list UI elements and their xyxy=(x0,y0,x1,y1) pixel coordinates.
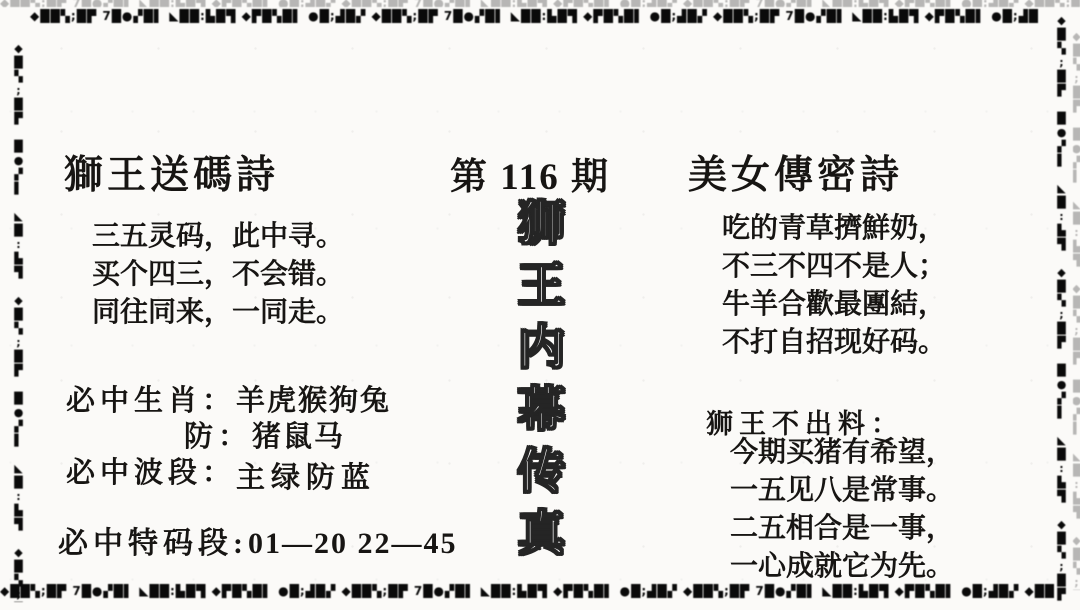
special-range-value: 01—20 22—45 xyxy=(248,527,458,560)
zodiac-label: 必中生肖： xyxy=(66,385,236,417)
issue-number-heading: 第 116 期 xyxy=(440,146,620,200)
tip-line: 一五见八是常事。 xyxy=(730,472,954,510)
left-poem-title: 獅王送碼詩 xyxy=(64,144,279,200)
guard-prediction-line: 防：猪鼠马 xyxy=(184,414,345,455)
watermark-strip-right-edge: ◆█▚;█▛ █●▞▌ ◣█:▙▜ ◆█▚;█▛ █●▞▌ ◣█:▙▜ ◆█▚;… xyxy=(1073,30,1080,590)
tip-line: 一心成就它为先。 xyxy=(730,548,954,586)
left-poem: 三五灵码，此中寻。 买个四三，不会错。 同往同来，一同走。 xyxy=(92,218,344,332)
fax-sheet: ◆██▚;█▛ 7█●▞█▌ ◣██:▙█▜ ◆▛█▚█▌ ●█;▟█▞ ◆██… xyxy=(0,0,1080,610)
right-poem-line: 吃的青草擠鮮奶， xyxy=(722,210,946,248)
left-poem-line: 同往同来，一同走。 xyxy=(92,294,344,332)
watermark-strip-top: ◆██▚;█▛ 7█●▞█▌ ◣██:▙█▜ ◆▛█▚█▌ ●█;▟█▞ ◆██… xyxy=(30,9,1038,26)
zodiac-value: 羊虎猴狗兔 xyxy=(236,385,391,417)
left-poem-line: 买个四三，不会错。 xyxy=(92,256,344,294)
wave-value: 主绿防蓝 xyxy=(236,462,376,494)
right-poem-title: 美女傳密詩 xyxy=(688,144,903,200)
guard-value: 猪鼠马 xyxy=(252,421,345,453)
special-number-range-line: 必中特码段:01—20 22—45 xyxy=(58,518,458,562)
right-poem-line: 不三不四不是人； xyxy=(722,248,946,286)
watermark-strip-right: ◆█▚;█▛ █●▞▌ ◣█:▙▜ ◆█▚;█▛ █●▞▌ ◣█:▙▜ ◆█▚;… xyxy=(1048,14,1068,610)
zodiac-prediction-line: 必中生肖：羊虎猴狗兔 xyxy=(66,378,391,419)
left-poem-line: 三五灵码，此中寻。 xyxy=(92,218,344,256)
special-range-label: 必中特码段: xyxy=(58,527,248,560)
tip-lines: 今期买猪有希望， 一五见八是常事。 二五相合是一事， 一心成就它为先。 xyxy=(730,434,954,586)
right-poem-line: 不打自招现好码。 xyxy=(722,324,946,362)
watermark-strip-left: ◆█▚;█▛ █●▞▌ ◣█:▙▜ ◆█▚;█▛ █●▞▌ ◣█:▙▜ ◆█▚;… xyxy=(7,42,25,602)
right-poem: 吃的青草擠鮮奶， 不三不四不是人； 牛羊合歡最團結， 不打自招现好码。 xyxy=(722,210,946,362)
tip-line: 二五相合是一事， xyxy=(730,510,954,548)
guard-label: 防： xyxy=(184,421,252,453)
vertical-masthead-title: 狮王内幕传真 xyxy=(504,198,571,570)
tip-line: 今期买猪有希望， xyxy=(730,434,954,472)
watermark-strip-top-faint: ◆██▚;█▛ 7█●▞█▌ ◣██:▙█▜ ◆▛█▚█▌ ●█;▟█▞ ◆██… xyxy=(0,0,1080,7)
watermark-strip-bottom: ◆██▚;█▛ 7█●▞█▌ ◣██:▙█▜ ◆▛█▚█▌ ●█;▟█▞ ◆██… xyxy=(0,584,1054,602)
right-poem-line: 牛羊合歡最團結， xyxy=(722,286,946,324)
wave-prediction-line: 必中波段：主绿防蓝 xyxy=(66,450,376,491)
wave-label: 必中波段： xyxy=(66,457,236,489)
